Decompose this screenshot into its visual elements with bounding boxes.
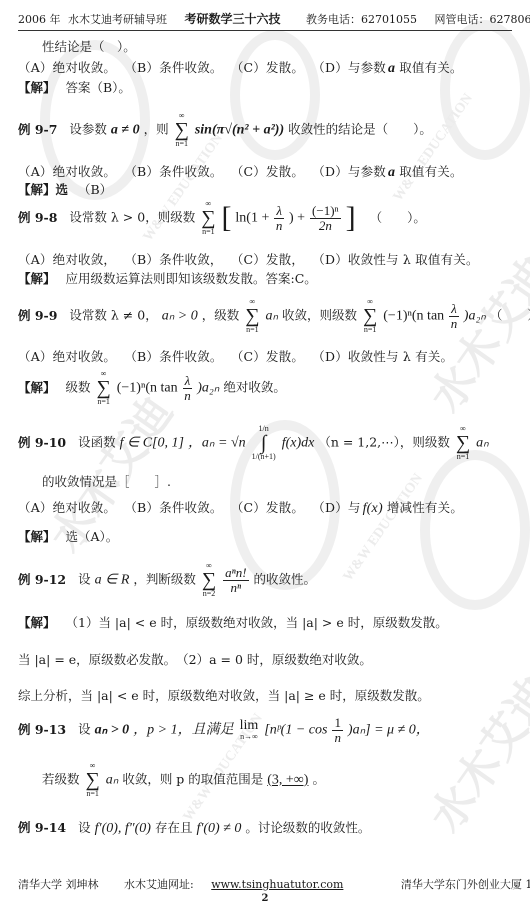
math-expression: f′(0), f″(0) [95, 821, 151, 836]
math-condition: f ∈ C[0, 1] [120, 436, 184, 451]
fraction: aⁿn!nⁿ [223, 566, 248, 594]
math-expression: [nᵖ(1 − cos [264, 723, 327, 738]
left-bracket: [ [221, 201, 231, 234]
text: 设 [78, 572, 91, 587]
limit: limn→∞ [240, 719, 259, 741]
page-number: 2 [0, 893, 530, 904]
text: 若级数 [42, 772, 80, 787]
fraction: λn [449, 302, 459, 330]
option-b: （B）条件收敛。 [124, 349, 222, 364]
option-a: （A）绝对收敛。 [18, 164, 116, 179]
text: 级数 [66, 380, 91, 395]
text: （ ）。 [370, 210, 426, 225]
text: 绝对收敛。 [223, 380, 286, 395]
header-office-phone: 教务电话：62701055 [306, 13, 417, 26]
text: 设参数 [69, 122, 107, 137]
option-c: （C）发散。 [231, 349, 304, 364]
text: （n = 1,2,⋯），则级数 [318, 435, 450, 450]
solution-text: （1）当 |a| < e 时，原级数绝对收敛，当 |a| > e 时，原级数发散… [66, 615, 448, 630]
text: （ ）。 [490, 308, 530, 323]
text: 收敛，则 p 的取值范围是 [122, 772, 263, 787]
option-b: （B）条件收敛， [124, 252, 222, 267]
option-d: （D）与参数 [312, 164, 386, 179]
example-9-7-solution: 【解】选 （B） [18, 180, 112, 198]
example-9-13-cont: 若级数 ∞∑n=1 aₙ 收敛，则 p 的取值范围是 (3, +∞) 。 [42, 762, 325, 798]
fraction: λn [183, 374, 193, 402]
sum-symbol: ∞∑n=1 [456, 425, 470, 461]
example-9-10: 例 9-10 设函数 f ∈ C[0, 1] ，aₙ = √n 1/n∫1/(n… [18, 425, 489, 461]
fraction: 1n [332, 716, 343, 744]
solution-label: 【解】选 [18, 182, 68, 197]
math-term: aₙ [476, 436, 489, 451]
example-9-10-cont: 的收敛情况是［ ］. [42, 472, 171, 490]
math-fx: f(x) [363, 501, 383, 516]
example-9-12: 例 9-12 设 a ∈ R ，判断级数 ∞∑n=2 aⁿn!nⁿ 的收敛性。 [18, 562, 316, 598]
example-9-8-options: （A）绝对收敛， （B）条件收敛， （C）发散， （D）收敛性与 λ 取值有关。 [18, 250, 483, 268]
math-term: )a₂ₙ [464, 309, 486, 324]
math-a: a [388, 61, 395, 76]
text: ，判断级数 [133, 572, 196, 587]
sum-symbol: ∞∑n=1 [201, 200, 215, 236]
sum-symbol: ∞∑n=1 [245, 298, 259, 334]
option-c: （C）发散。 [231, 500, 304, 515]
fraction: λn [274, 204, 284, 232]
solution-text: （B） [78, 182, 112, 197]
watermark-shape [440, 20, 530, 160]
text: 存在且 [155, 820, 193, 835]
prev-solution: 【解】 答案（B）。 [18, 78, 131, 96]
example-label: 例 9-8 [18, 210, 57, 225]
integral-symbol: 1/n∫1/(n+1) [252, 425, 276, 461]
option-c: （C）发散。 [231, 60, 304, 75]
example-9-9-solution: 【解】 级数 ∞∑n=1 (−1)ⁿ(n tan λn )a₂ₙ 绝对收敛。 [18, 370, 286, 406]
math-expression: sin(π√(n² + a²)) [195, 123, 284, 138]
footer-address: 清华大学东门外创业大厦 1006 [401, 878, 530, 891]
option-d: （D）收敛性与 λ 有关。 [312, 349, 453, 364]
header-admin-phone: 网管电话：62780661-433 [435, 13, 530, 26]
text: 设 [78, 820, 91, 835]
sum-symbol: ∞∑n=2 [202, 562, 216, 598]
fraction: (−1)ⁿ2n [310, 204, 341, 232]
example-9-9-options: （A）绝对收敛。 （B）条件收敛。 （C）发散。 （D）收敛性与 λ 有关。 [18, 347, 457, 365]
example-9-9: 例 9-9 设常数 λ ≠ 0， aₙ > 0 ，级数 ∞∑n=1 aₙ 收敛，… [18, 298, 530, 334]
math-condition: aₙ > 0 [162, 309, 198, 324]
text: 的收敛性。 [254, 572, 317, 587]
solution-label: 【解】 [18, 615, 56, 630]
math-ln: ln(1 + [235, 211, 269, 226]
option-a: （A）绝对收敛。 [18, 349, 116, 364]
text: 。 [312, 772, 325, 787]
example-9-12-solution-2: 当 |a| = e，原级数必发散。 （2）a = 0 时，原级数绝对收敛。 [18, 650, 372, 668]
solution-text: 选（A）。 [66, 529, 119, 544]
math-integrand: f(x)dx [282, 436, 315, 451]
sum-symbol: ∞∑n=1 [363, 298, 377, 334]
example-9-10-options: （A）绝对收敛。 （B）条件收敛。 （C）发散。 （D）与f(x)增减性有关。 [18, 498, 467, 517]
solution-text: 应用级数运算法则即知该级数发散。答案:C。 [66, 271, 317, 286]
option-b: （B）条件收敛。 [124, 60, 222, 75]
example-label: 例 9-13 [18, 722, 66, 737]
text: ，级数 [202, 308, 240, 323]
header-divider [18, 30, 512, 31]
example-9-8-solution: 【解】 应用级数运算法则即知该级数发散。答案:C。 [18, 269, 317, 287]
option-c: （C）发散， [231, 252, 304, 267]
example-label: 例 9-14 [18, 820, 66, 835]
example-9-12-solution-1: 【解】 （1）当 |a| < e 时，原级数绝对收敛，当 |a| > e 时，原… [18, 613, 448, 631]
example-9-12-solution-3: 综上分析，当 |a| < e 时，原级数绝对收敛，当 |a| ≥ e 时，原级数… [18, 686, 430, 704]
option-d: （D）收敛性与 λ 取值有关。 [312, 252, 478, 267]
solution-label: 【解】 [18, 380, 56, 395]
page-footer: 清华大学 刘坤林 水木艾迪网址: www.tsinghuatutor.com 清… [18, 876, 514, 892]
solution-label: 【解】 [18, 271, 56, 286]
math-term: (−1)ⁿ(n tan [117, 381, 178, 396]
example-9-7: 例 9-7 设参数 a ≠ 0 ，则 ∞∑n=1 sin(π√(n² + a²)… [18, 112, 432, 148]
math-plus: ) + [289, 211, 305, 226]
sum-symbol: ∞∑n=1 [97, 370, 111, 406]
text: 设常数 λ > 0，则级数 [69, 210, 195, 225]
option-b: （B）条件收敛。 [124, 164, 222, 179]
example-label: 例 9-10 [18, 435, 66, 450]
text: 收敛，则级数 [282, 308, 357, 323]
sum-symbol: ∞∑n=1 [175, 112, 189, 148]
option-c: （C）发散。 [231, 164, 304, 179]
option-d: （D）与参数 [312, 60, 386, 75]
math-condition: a ≠ 0 [111, 123, 140, 138]
option-d-tail: 取值有关。 [399, 60, 463, 75]
solution-text: 答案（B）。 [66, 80, 131, 95]
header-title: 考研数学三十六技 [185, 12, 281, 26]
prev-options: （A）绝对收敛。 （B）条件收敛。 （C）发散。 （D）与参数a取值有关。 [18, 58, 467, 77]
watermark-text: W&W EDUCATION [341, 471, 427, 585]
text: 收敛性的结论是（ ）。 [288, 122, 432, 137]
text: ，则 [144, 122, 169, 137]
example-label: 例 9-7 [18, 122, 57, 137]
text: ，p > 1，且满足 [133, 723, 233, 738]
text: 设常数 λ ≠ 0， [69, 308, 157, 323]
option-a: （A）绝对收敛， [18, 252, 116, 267]
option-a: （A）绝对收敛。 [18, 60, 116, 75]
math-condition: aₙ > 0 [95, 723, 130, 738]
math-term: aₙ [106, 773, 119, 788]
footer-site-link[interactable]: www.tsinghuatutor.com [211, 878, 343, 891]
math-term: aₙ [265, 309, 278, 324]
option-d-tail: 增减性有关。 [387, 500, 463, 515]
header-org: 水木艾迪考研辅导班 [68, 13, 167, 26]
footer-site-label: 水木艾迪网址: [124, 878, 194, 891]
math-condition: f′(0) ≠ 0 [196, 821, 241, 836]
sum-symbol: ∞∑n=1 [86, 762, 100, 798]
math-an: ，aₙ = √n [188, 436, 246, 451]
prev-continuation: 性结论是（ ）。 [42, 37, 136, 55]
option-d: （D）与 [312, 500, 360, 515]
example-9-13: 例 9-13 设 aₙ > 0 ，p > 1，且满足 limn→∞ [nᵖ(1 … [18, 716, 430, 744]
header-year: 2006 年 [18, 13, 61, 26]
math-condition: a ∈ R [95, 573, 130, 588]
watermark-shape [420, 450, 530, 610]
math-term: )a₂ₙ [197, 381, 219, 396]
example-label: 例 9-12 [18, 572, 66, 587]
example-9-7-options: （A）绝对收敛。 （B）条件收敛。 （C）发散。 （D）与参数a取值有关。 [18, 162, 467, 181]
option-b: （B）条件收敛。 [124, 500, 222, 515]
example-9-10-solution: 【解】 选（A）。 [18, 527, 118, 545]
footer-author: 清华大学 刘坤林 [18, 878, 99, 891]
solution-label: 【解】 [18, 80, 56, 95]
text: 设函数 [78, 435, 116, 450]
option-d-tail: 取值有关。 [399, 164, 463, 179]
math-a: a [388, 165, 395, 180]
answer: (3, +∞) [267, 773, 308, 788]
math-expression: )aₙ] = μ ≠ 0， [348, 723, 430, 738]
option-a: （A）绝对收敛。 [18, 500, 116, 515]
example-9-8: 例 9-8 设常数 λ > 0，则级数 ∞∑n=1 [ ln(1 + λn ) … [18, 200, 426, 236]
page-header: 2006 年 水木艾迪考研辅导班 考研数学三十六技 教务电话：62701055 … [18, 10, 514, 27]
text: 。讨论级数的收敛性。 [245, 820, 370, 835]
right-bracket: ] [346, 201, 356, 234]
solution-label: 【解】 [18, 529, 56, 544]
text: 设 [78, 722, 91, 737]
example-label: 例 9-9 [18, 308, 57, 323]
math-term: (−1)ⁿ(n tan [383, 309, 444, 324]
example-9-14: 例 9-14 设 f′(0), f″(0) 存在且 f′(0) ≠ 0 。讨论级… [18, 818, 370, 837]
